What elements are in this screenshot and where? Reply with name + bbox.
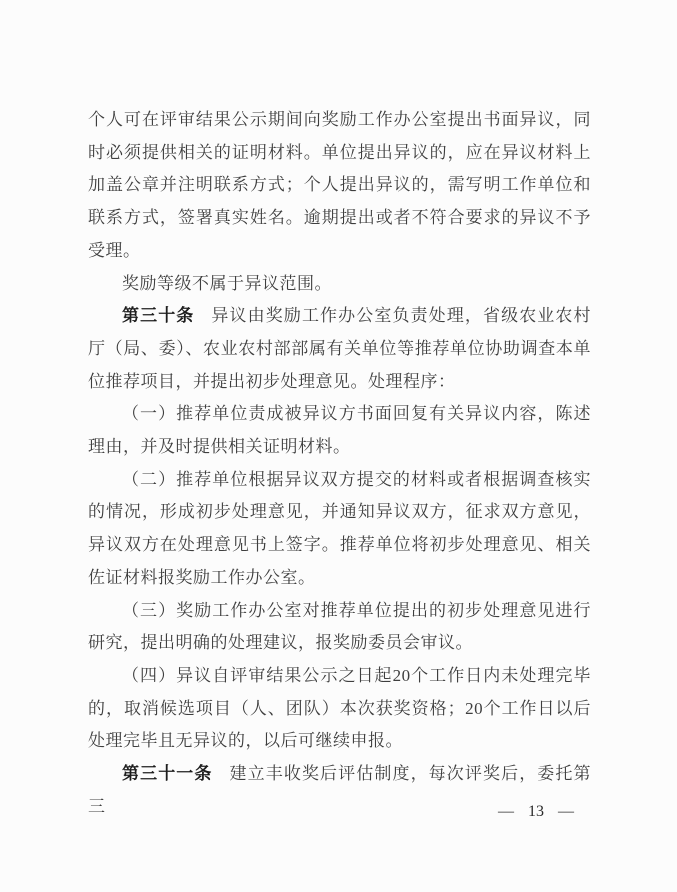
paragraph-text: （三）奖励工作办公室对推荐单位提出的初步处理意见进行研究，提出明确的处理建议，报… [88,601,591,653]
paragraph-text: （二）推荐单位根据异议双方提交的材料或者根据调查核实的情况，形成初步处理意见，并… [88,470,591,587]
paragraph-procedure-item-4: （四）异议自评审结果公示之日起20个工作日内未处理完毕的，取消候选项目（人、团队… [88,660,591,758]
paragraph-award-grade-scope: 奖励等级不属于异议范围。 [88,268,591,301]
paragraph-text: 个人可在评审结果公示期间向奖励工作办公室提出书面异议，同时必须提供相关的证明材料… [88,110,591,260]
paragraph-procedure-item-3: （三）奖励工作办公室对推荐单位提出的初步处理意见进行研究，提出明确的处理建议，报… [88,595,591,660]
paragraph-text: 奖励等级不属于异议范围。 [122,274,332,293]
document-body: 个人可在评审结果公示期间向奖励工作办公室提出书面异议，同时必须提供相关的证明材料… [88,104,591,823]
paragraph-text: （四）异议自评审结果公示之日起20个工作日内未处理完毕的，取消候选项目（人、团队… [88,666,591,750]
page-number: — 13 — [498,803,574,820]
paragraph-procedure-item-2: （二）推荐单位根据异议双方提交的材料或者根据调查核实的情况，形成初步处理意见，并… [88,464,591,595]
paragraph-appeal-requirements: 个人可在评审结果公示期间向奖励工作办公室提出书面异议，同时必须提供相关的证明材料… [88,104,591,268]
paragraph-procedure-item-1: （一）推荐单位责成被异议方书面回复有关异议内容，陈述理由，并及时提供相关证明材料… [88,398,591,463]
paragraph-article-30: 第三十条异议由奖励工作办公室负责处理，省级农业农村厅（局、委）、农业农村部部属有… [88,300,591,398]
article-30-number: 第三十条 [122,306,194,325]
paragraph-text: （一）推荐单位责成被异议方书面回复有关异议内容，陈述理由，并及时提供相关证明材料… [88,404,591,456]
article-31-number: 第三十一条 [122,764,213,783]
document-page: 个人可在评审结果公示期间向奖励工作办公室提出书面异议，同时必须提供相关的证明材料… [0,0,677,892]
page-footer: — 13 — [498,801,574,823]
